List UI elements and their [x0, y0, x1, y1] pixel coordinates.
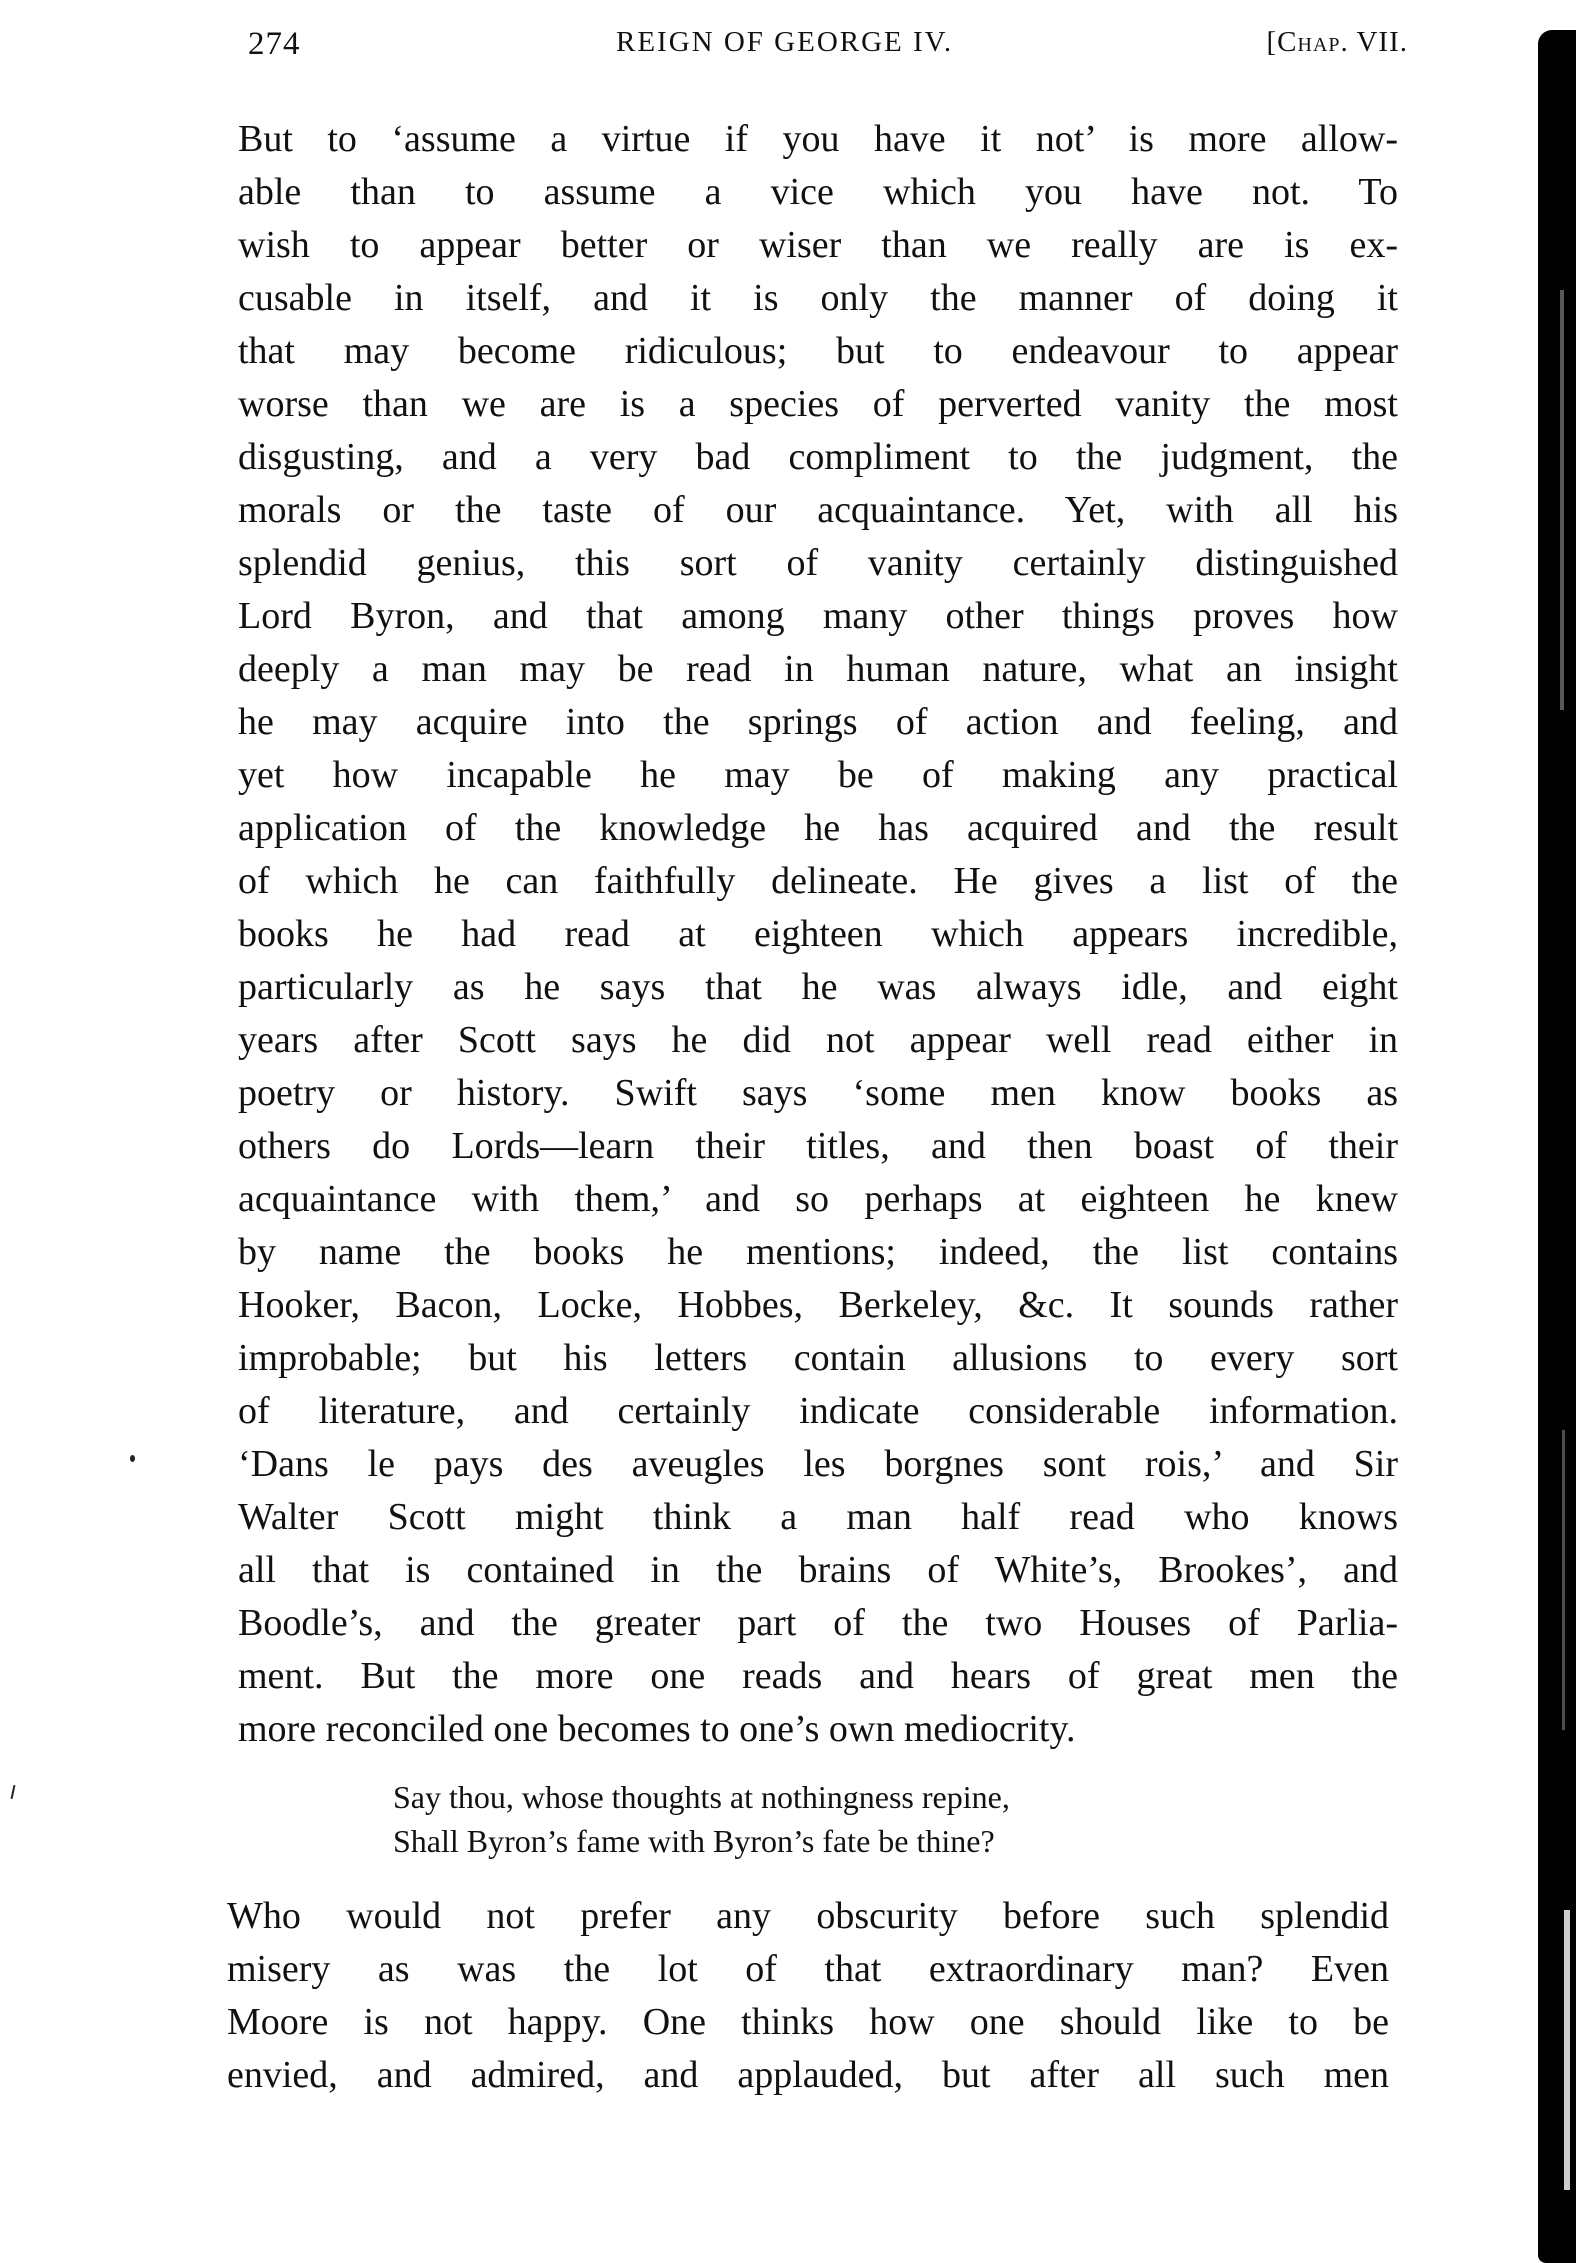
text-line: particularly as he says that he was alwa… [238, 961, 1398, 1014]
paragraph-2: Who would not prefer any obscurity befor… [227, 1890, 1389, 2102]
text-line: disgusting, and a very bad compliment to… [238, 431, 1398, 484]
text-line: Walter Scott might think a man half read… [238, 1491, 1398, 1544]
text-line: morals or the taste of our acquaintance.… [238, 484, 1398, 537]
text-line: he may acquire into the springs of actio… [238, 696, 1398, 749]
text-line: worse than we are is a species of perver… [238, 378, 1398, 431]
text-line: books he had read at eighteen which appe… [238, 908, 1398, 961]
text-line: Who would not prefer any obscurity befor… [227, 1890, 1389, 1943]
page-number: 274 [248, 26, 301, 63]
chapter-bracket: [ [1266, 26, 1277, 58]
text-line: yet how incapable he may be of making an… [238, 749, 1398, 802]
spine-edge-highlight [1562, 1430, 1565, 1730]
text-line: Moore is not happy. One thinks how one s… [227, 1996, 1389, 2049]
text-line: But to ‘assume a virtue if you have it n… [238, 113, 1398, 166]
text-line: years after Scott says he did not appear… [238, 1014, 1398, 1067]
text-line: Boodle’s, and the greater part of the tw… [238, 1597, 1398, 1650]
text-line: cusable in itself, and it is only the ma… [238, 272, 1398, 325]
text-line: more reconciled one becomes to one’s own… [238, 1703, 1398, 1756]
margin-stroke-mark [11, 1785, 16, 1799]
verse-line: Say thou, whose thoughts at nothingness … [393, 1775, 1293, 1819]
text-line: all that is contained in the brains of W… [238, 1544, 1398, 1597]
text-line: envied, and admired, and applauded, but … [227, 2049, 1389, 2102]
text-line: application of the knowledge he has acqu… [238, 802, 1398, 855]
spine-edge-highlight [1564, 1910, 1570, 2190]
text-line: Hooker, Bacon, Locke, Hobbes, Berkeley, … [238, 1279, 1398, 1332]
chapter-label: [Chap. VII. [1266, 26, 1408, 59]
verse-line: Shall Byron’s fame with Byron’s fate be … [393, 1819, 1293, 1863]
text-line: deeply a man may be read in human nature… [238, 643, 1398, 696]
verse-quotation: Say thou, whose thoughts at nothingness … [393, 1775, 1293, 1863]
text-line: Lord Byron, and that among many other th… [238, 590, 1398, 643]
text-line: by name the books he mentions; indeed, t… [238, 1226, 1398, 1279]
text-line: poetry or history. Swift says ‘some men … [238, 1067, 1398, 1120]
text-line: of literature, and certainly indicate co… [238, 1385, 1398, 1438]
text-line: others do Lords—learn their titles, and … [238, 1120, 1398, 1173]
paragraph-1: But to ‘assume a virtue if you have it n… [238, 113, 1398, 1756]
text-line: splendid genius, this sort of vanity cer… [238, 537, 1398, 590]
running-title: REIGN OF GEORGE IV. [616, 26, 953, 59]
text-line: acquaintance with them,’ and so perhaps … [238, 1173, 1398, 1226]
running-head: 274 REIGN OF GEORGE IV. [Chap. VII. [248, 26, 1408, 76]
margin-dot-mark [130, 1455, 135, 1462]
text-line: ment. But the more one reads and hears o… [238, 1650, 1398, 1703]
book-page: 274 REIGN OF GEORGE IV. [Chap. VII. But … [0, 0, 1576, 2263]
text-line: wish to appear better or wiser than we r… [238, 219, 1398, 272]
text-line: misery as was the lot of that extraordin… [227, 1943, 1389, 1996]
chapter-text: Chap. VII. [1277, 26, 1408, 58]
text-line: improbable; but his letters contain allu… [238, 1332, 1398, 1385]
book-spine-shadow [1538, 30, 1576, 2263]
text-line: that may become ridiculous; but to endea… [238, 325, 1398, 378]
text-line: able than to assume a vice which you hav… [238, 166, 1398, 219]
text-line: of which he can faithfully delineate. He… [238, 855, 1398, 908]
text-line: ‘Dans le pays des aveugles les borgnes s… [238, 1438, 1398, 1491]
spine-edge-highlight [1560, 290, 1564, 710]
